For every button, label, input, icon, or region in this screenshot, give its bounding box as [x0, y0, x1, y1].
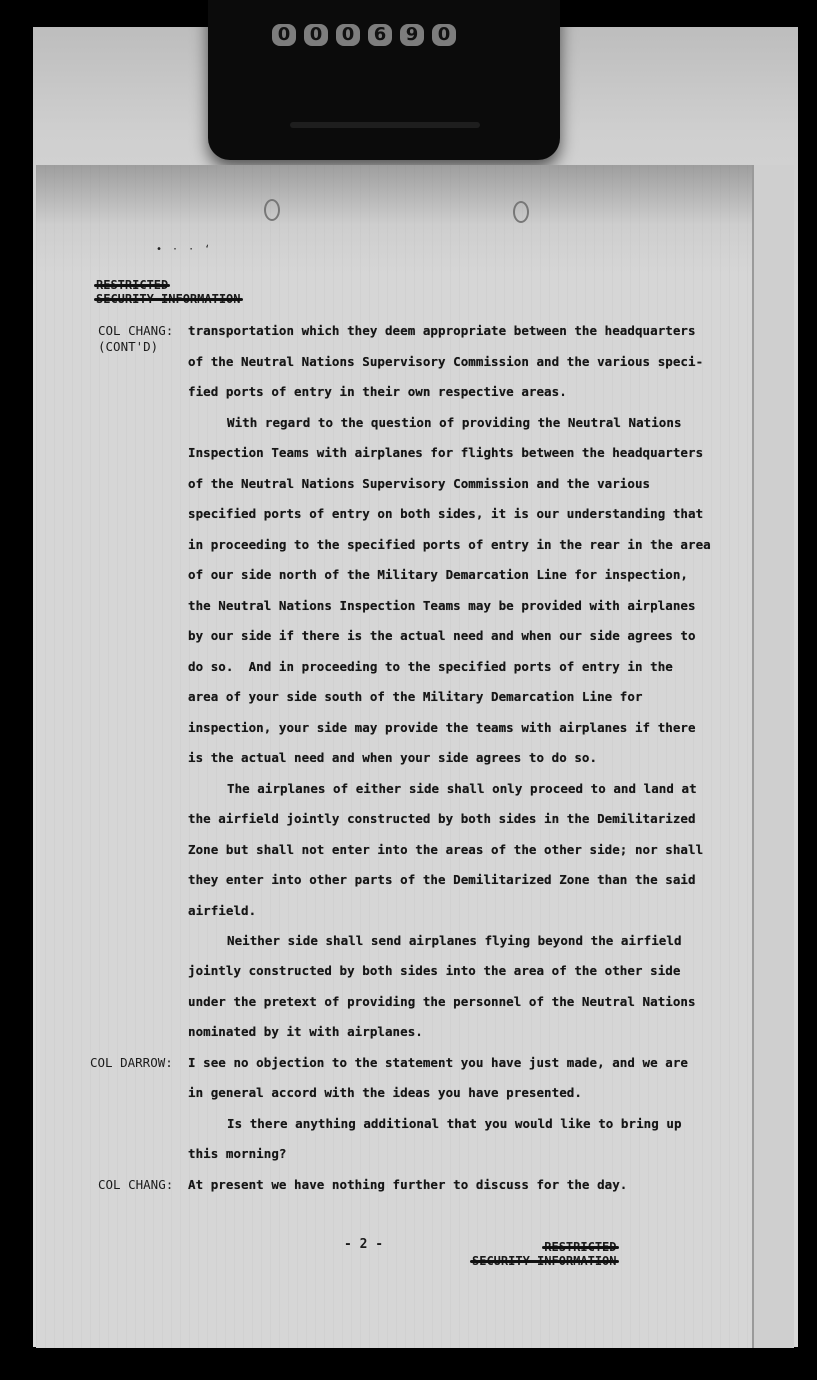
speaker-label: COL CHANG:: [98, 323, 173, 339]
speaker-label: COL DARROW:: [90, 1055, 173, 1071]
text-line: in general accord with the ideas you hav…: [188, 1085, 582, 1100]
text-line: this morning?: [188, 1146, 286, 1161]
page-number: - 2 -: [344, 1237, 383, 1252]
text-line: At present we have nothing further to di…: [188, 1177, 627, 1192]
text-line: the airfield jointly constructed by both…: [188, 811, 696, 826]
text-line: transportation which they deem appropria…: [188, 323, 696, 338]
classification-line-2: SECURITY INFORMATION: [96, 292, 241, 306]
classification-line-2: SECURITY INFORMATION: [472, 1254, 617, 1268]
counter-digit: 6: [368, 24, 392, 46]
text-line: of the Neutral Nations Supervisory Commi…: [188, 476, 650, 491]
text-line: Inspection Teams with airplanes for flig…: [188, 445, 703, 460]
text-line: of our side north of the Military Demarc…: [188, 567, 688, 582]
text-line: nominated by it with airplanes.: [188, 1024, 423, 1039]
text-line: jointly constructed by both sides into t…: [188, 963, 680, 978]
classification-line-1: RESTRICTED: [544, 1240, 616, 1254]
page-edge: [752, 165, 794, 1348]
counter-digit: 0: [272, 24, 296, 46]
speaker-continued: (CONT'D): [98, 339, 158, 355]
text-line: is the actual need and when your side ag…: [188, 750, 597, 765]
text-line: do so. And in proceeding to the specifie…: [188, 659, 673, 674]
punch-hole-left: [264, 199, 280, 221]
stray-marks: • · · ʻ: [156, 244, 212, 255]
text-line: specified ports of entry on both sides, …: [188, 506, 703, 521]
text-line: the Neutral Nations Inspection Teams may…: [188, 598, 696, 613]
footer-classification: RESTRICTED SECURITY INFORMATION: [472, 1240, 617, 1268]
header-classification: RESTRICTED SECURITY INFORMATION: [96, 278, 241, 306]
text-line: Is there anything additional that you wo…: [227, 1116, 682, 1131]
counter-digit: 9: [400, 24, 424, 46]
text-line: by our side if there is the actual need …: [188, 628, 696, 643]
text-line: fied ports of entry in their own respect…: [188, 384, 567, 399]
counter-digit: 0: [432, 24, 456, 46]
punch-hole-right: [513, 201, 529, 223]
text-line: of the Neutral Nations Supervisory Commi…: [188, 354, 703, 369]
text-line: The airplanes of either side shall only …: [227, 781, 697, 796]
classification-line-1: RESTRICTED: [96, 278, 168, 292]
text-line: I see no objection to the statement you …: [188, 1055, 688, 1070]
clip-slot: [290, 122, 480, 128]
text-line: Zone but shall not enter into the areas …: [188, 842, 703, 857]
text-line: airfield.: [188, 903, 256, 918]
text-line: under the pretext of providing the perso…: [188, 994, 696, 1009]
frame-counter: 0 0 0 6 9 0: [272, 24, 456, 46]
speaker-label: COL CHANG:: [98, 1177, 173, 1193]
text-line: in proceeding to the specified ports of …: [188, 537, 711, 552]
text-line: they enter into other parts of the Demil…: [188, 872, 696, 887]
counter-digit: 0: [336, 24, 360, 46]
text-line: area of your side south of the Military …: [188, 689, 643, 704]
text-line: With regard to the question of providing…: [227, 415, 682, 430]
counter-digit: 0: [304, 24, 328, 46]
text-line: Neither side shall send airplanes flying…: [227, 933, 682, 948]
text-line: inspection, your side may provide the te…: [188, 720, 696, 735]
